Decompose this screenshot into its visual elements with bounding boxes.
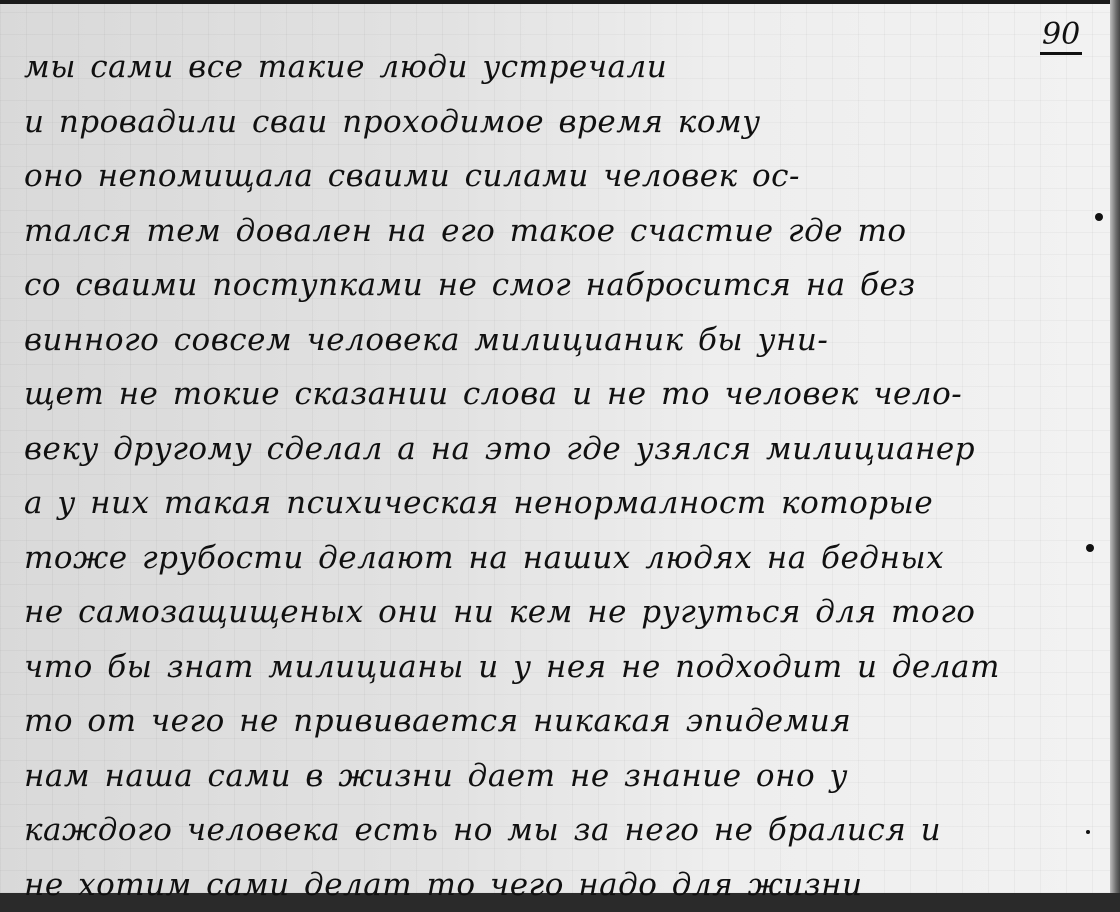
text-line: а у них такая психическая ненормалност к…	[24, 476, 1034, 531]
text-line: нам наша сами в жизни дает не знание оно…	[24, 749, 1034, 804]
margin-dot-mark	[1086, 544, 1094, 552]
text-line: тоже грубости делают на наших людях на б…	[24, 531, 1034, 586]
text-line: оно непомищала сваими силами человек ос-	[24, 149, 1034, 204]
text-line: то от чего не прививается никакая эпидем…	[24, 694, 1034, 749]
text-line: веку другому сделал а на это где узялся …	[24, 422, 1034, 477]
text-line: щет не токие сказании слова и не то чело…	[24, 367, 1034, 422]
text-line: каждого человека есть но мы за него не б…	[24, 803, 1034, 858]
text-line: и провадили сваи проходимое время кому	[24, 95, 1034, 150]
manuscript-page: 90 мы сами все такие люди устречали и пр…	[0, 0, 1112, 893]
page-edge-shadow	[1110, 0, 1120, 893]
margin-dot-mark	[1095, 213, 1103, 221]
text-line: со сваими поступками не смог набросится …	[24, 258, 1034, 313]
page-number: 90	[1040, 18, 1082, 55]
margin-dot-mark	[1086, 830, 1090, 834]
text-line: что бы знат милицианы и у нея не подходи…	[24, 640, 1034, 695]
text-line: тался тем довален на его такое счастие г…	[24, 204, 1034, 259]
text-line: не самозащищеных они ни кем не ругуться …	[24, 585, 1034, 640]
text-line: винного совсем человека милицианик бы ун…	[24, 313, 1034, 368]
text-line: не хотим сами делат то чего надо для жиз…	[24, 858, 1034, 894]
handwritten-text-block: мы сами все такие люди устречали и прова…	[24, 40, 1034, 893]
text-line: мы сами все такие люди устречали	[24, 40, 1034, 95]
